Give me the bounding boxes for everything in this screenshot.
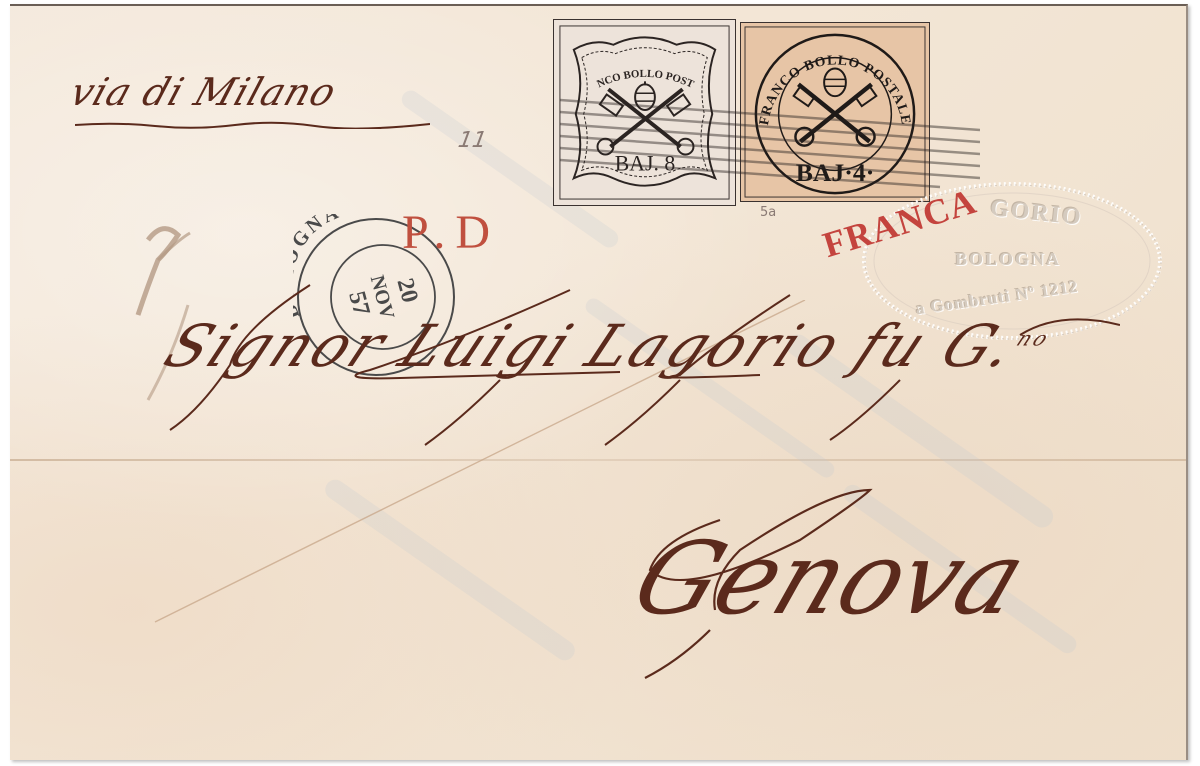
stamp-baj-4: FRANCO BOLLO POSTALE BAJ·4· — [740, 22, 930, 202]
route-instruction: via di Milano — [65, 70, 342, 114]
seal-city: BOLOGNA — [955, 249, 1061, 270]
address-city: Genova — [619, 520, 1041, 637]
route-underline — [75, 121, 430, 129]
pencil-note: 5a — [760, 205, 776, 220]
papal-keys-emblem-icon: FRANCO BOLLO POSTALE BAJ·4· — [741, 23, 929, 201]
svg-text:20: 20 — [391, 276, 422, 306]
addressee: Signor Luigi Lagorio fu G. — [154, 312, 1031, 380]
horizontal-fold-line — [10, 459, 1186, 461]
stamp-baj-8: FRANCO BOLLO POSTALE BAJ. 8 — [553, 19, 736, 206]
papal-keys-emblem-icon: FRANCO BOLLO POSTALE BAJ. 8 — [554, 20, 735, 205]
pd-handstamp: P.D — [402, 205, 500, 260]
svg-text:BAJ. 8: BAJ. 8 — [615, 151, 676, 175]
address-line-1: Signor Luigi Lagorio fu G.no — [154, 312, 1062, 380]
